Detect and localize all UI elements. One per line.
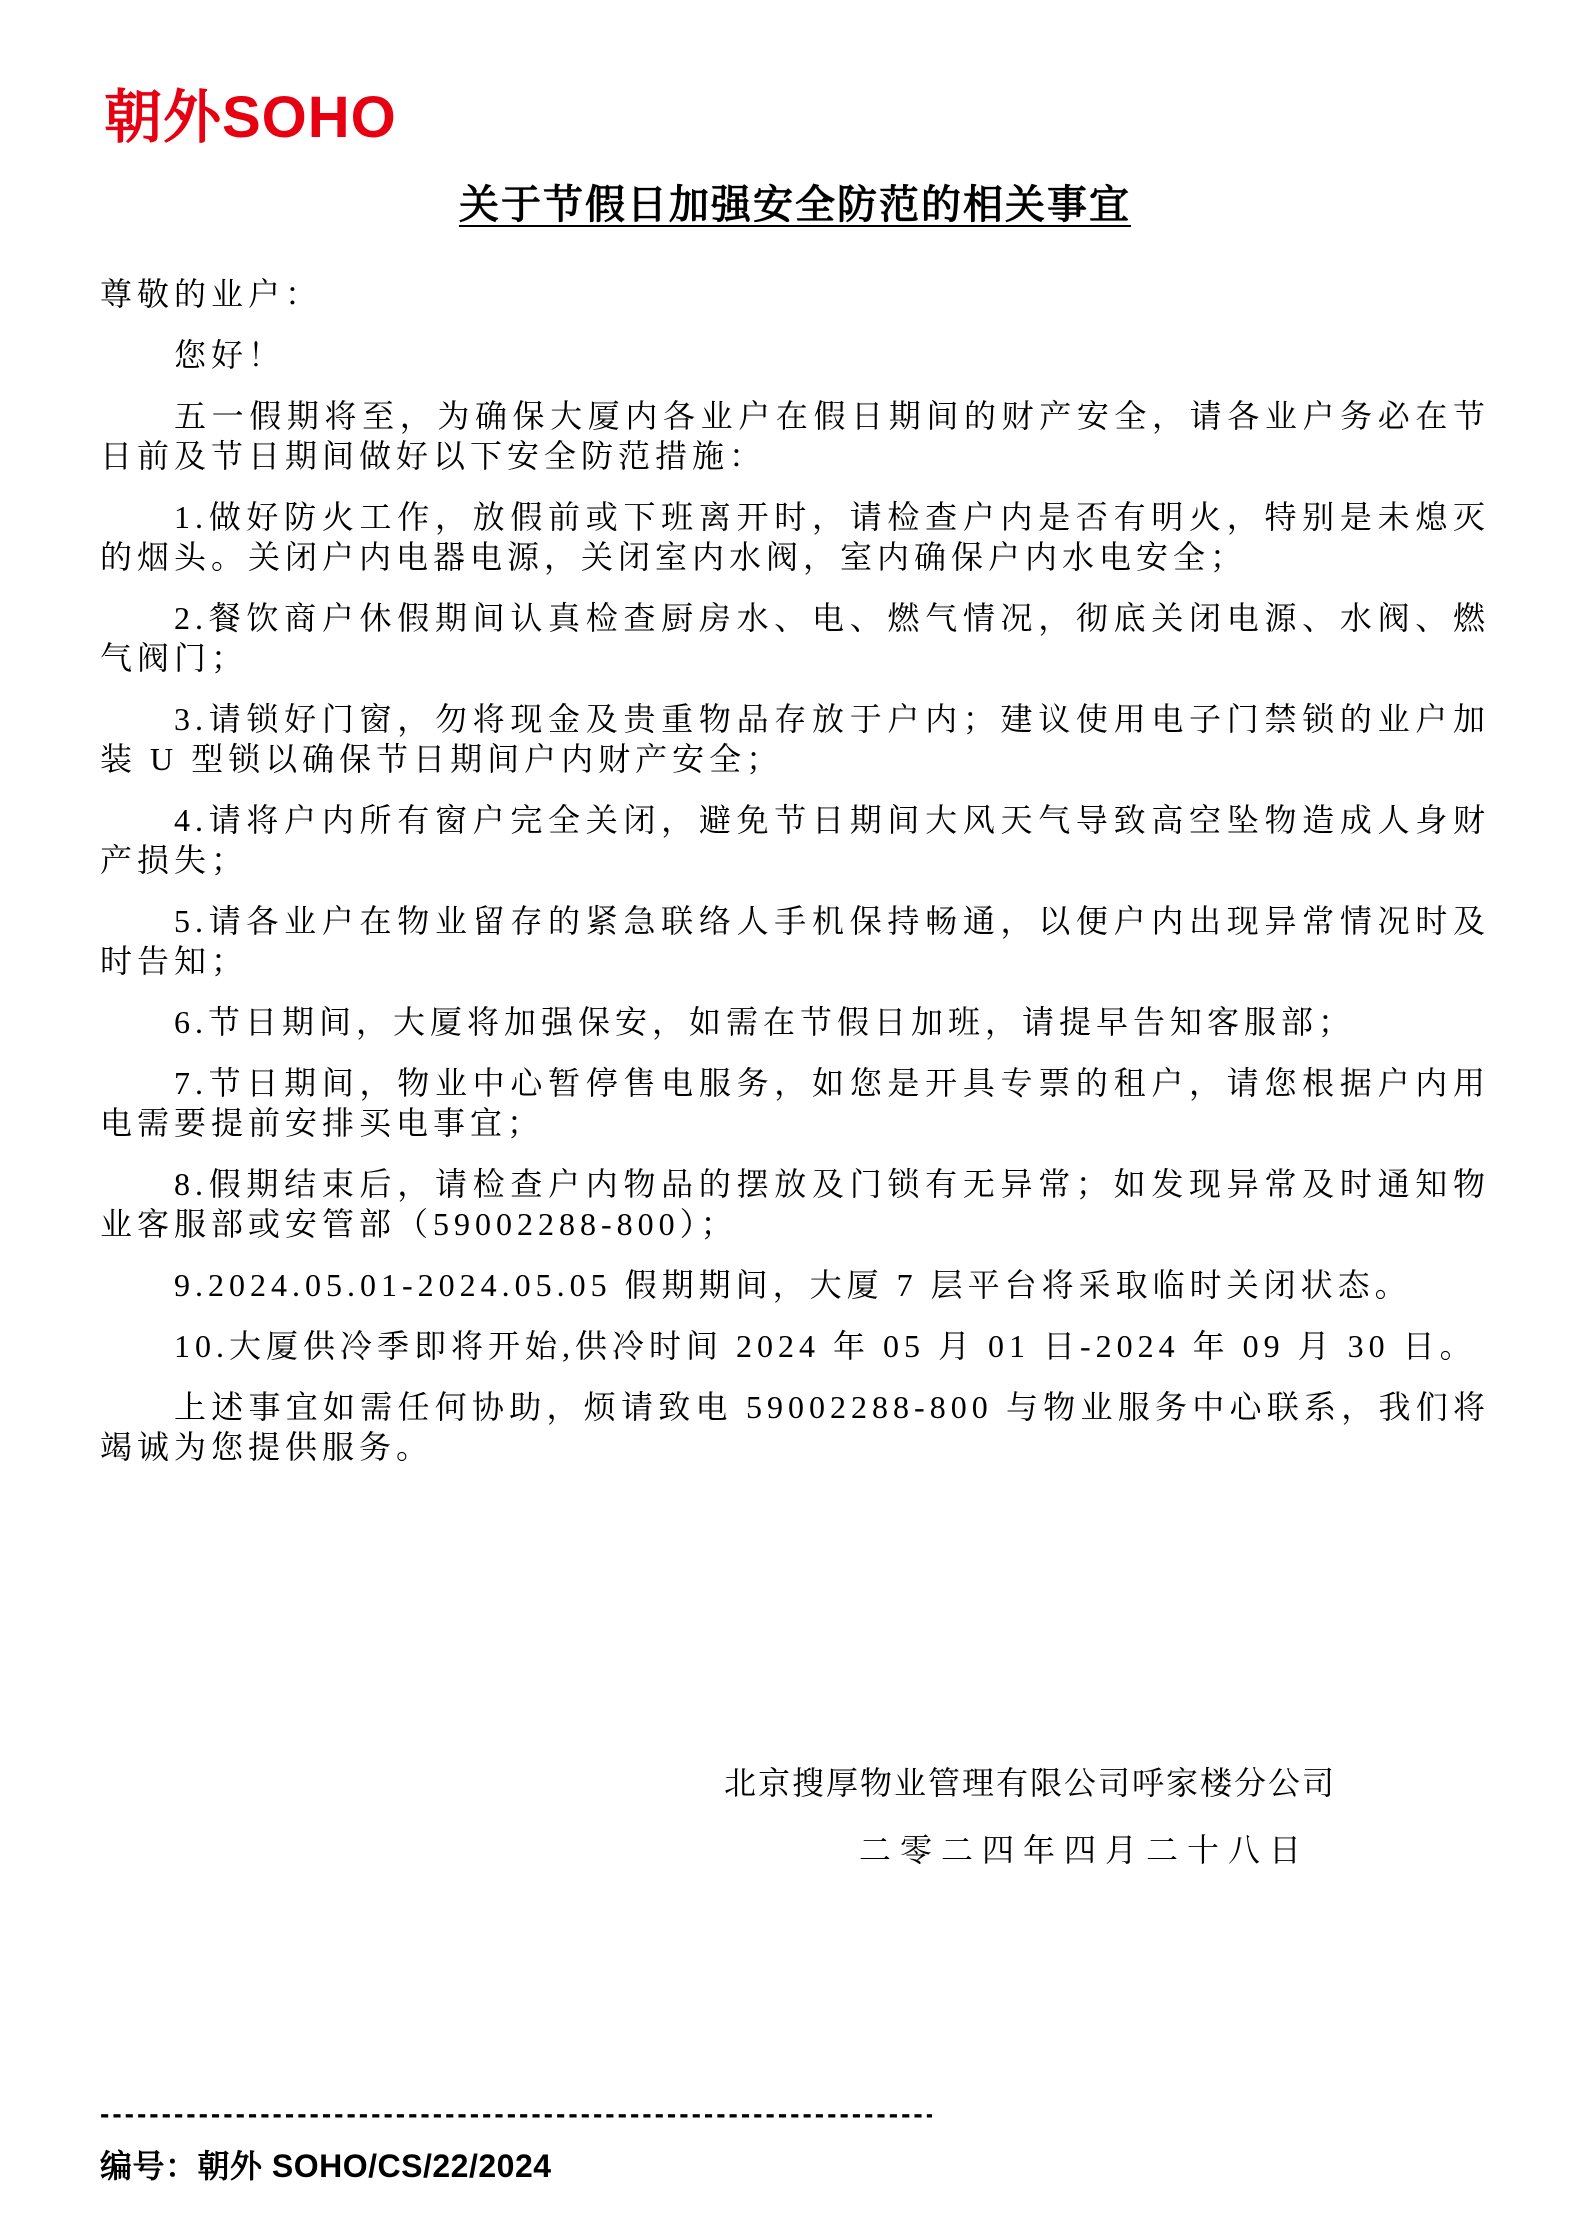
intro-paragraph: 五一假期将至，为确保大厦内各业户在假日期间的财产安全，请各业户务必在节日前及节日…: [100, 396, 1490, 476]
notice-item-10: 10.大厦供冷季即将开始,供冷时间 2024 年 05 月 01 日-2024 …: [100, 1326, 1490, 1366]
notice-item-4: 4.请将户内所有窗户完全关闭，避免节日期间大风天气导致高空坠物造成人身财产损失；: [100, 800, 1490, 880]
company-logo: 朝外SOHO: [104, 88, 1490, 149]
signature-block: 北京搜厚物业管理有限公司呼家楼分公司 二零二四年四月二十八日: [100, 1763, 1490, 1870]
page-content: 朝外SOHO 关于节假日加强安全防范的相关事宜 尊敬的业户： 您好！ 五一假期将…: [0, 0, 1587, 2187]
closing-paragraph: 上述事宜如需任何协助，烦请致电 59002288-800 与物业服务中心联系，我…: [100, 1387, 1490, 1467]
document-title: 关于节假日加强安全防范的相关事宜: [100, 173, 1490, 230]
notice-item-8: 8.假期结束后，请检查户内物品的摆放及门锁有无异常；如发现异常及时通知物业客服部…: [100, 1164, 1490, 1244]
signature-date: 二零二四年四月二十八日: [100, 1830, 1490, 1870]
salutation: 尊敬的业户：: [100, 274, 1490, 314]
signature-company: 北京搜厚物业管理有限公司呼家楼分公司: [100, 1763, 1490, 1803]
notice-page: 朝外SOHO 关于节假日加强安全防范的相关事宜 尊敬的业户： 您好！ 五一假期将…: [0, 0, 1587, 2238]
notice-item-5: 5.请各业户在物业留存的紧急联络人手机保持畅通，以便户内出现异常情况时及时告知；: [100, 901, 1490, 981]
notice-item-6: 6.节日期间，大厦将加强保安，如需在节假日加班，请提早告知客服部；: [100, 1002, 1490, 1042]
notice-item-2: 2.餐饮商户休假期间认真检查厨房水、电、燃气情况，彻底关闭电源、水阀、燃气阀门；: [100, 598, 1490, 678]
notice-item-3: 3.请锁好门窗，勿将现金及贵重物品存放于户内；建议使用电子门禁锁的业户加装 U …: [100, 699, 1490, 779]
notice-item-1: 1.做好防火工作，放假前或下班离开时，请检查户内是否有明火，特别是未熄灭的烟头。…: [100, 497, 1490, 577]
greeting-line: 您好！: [100, 335, 1490, 375]
page-footer: ----------------------------------------…: [100, 2103, 1490, 2187]
notice-item-9: 9.2024.05.01-2024.05.05 假期期间，大厦 7 层平台将采取…: [100, 1265, 1490, 1305]
document-number: 编号：朝外 SOHO/CS/22/2024: [100, 2141, 1490, 2187]
document-title-text: 关于节假日加强安全防范的相关事宜: [459, 182, 1131, 227]
notice-body: 尊敬的业户： 您好！ 五一假期将至，为确保大厦内各业户在假日期间的财产安全，请各…: [100, 274, 1490, 1467]
notice-item-7: 7.节日期间，物业中心暂停售电服务，如您是开具专票的租户，请您根据户内用电需要提…: [100, 1063, 1490, 1143]
footer-divider: ----------------------------------------…: [100, 2103, 932, 2125]
